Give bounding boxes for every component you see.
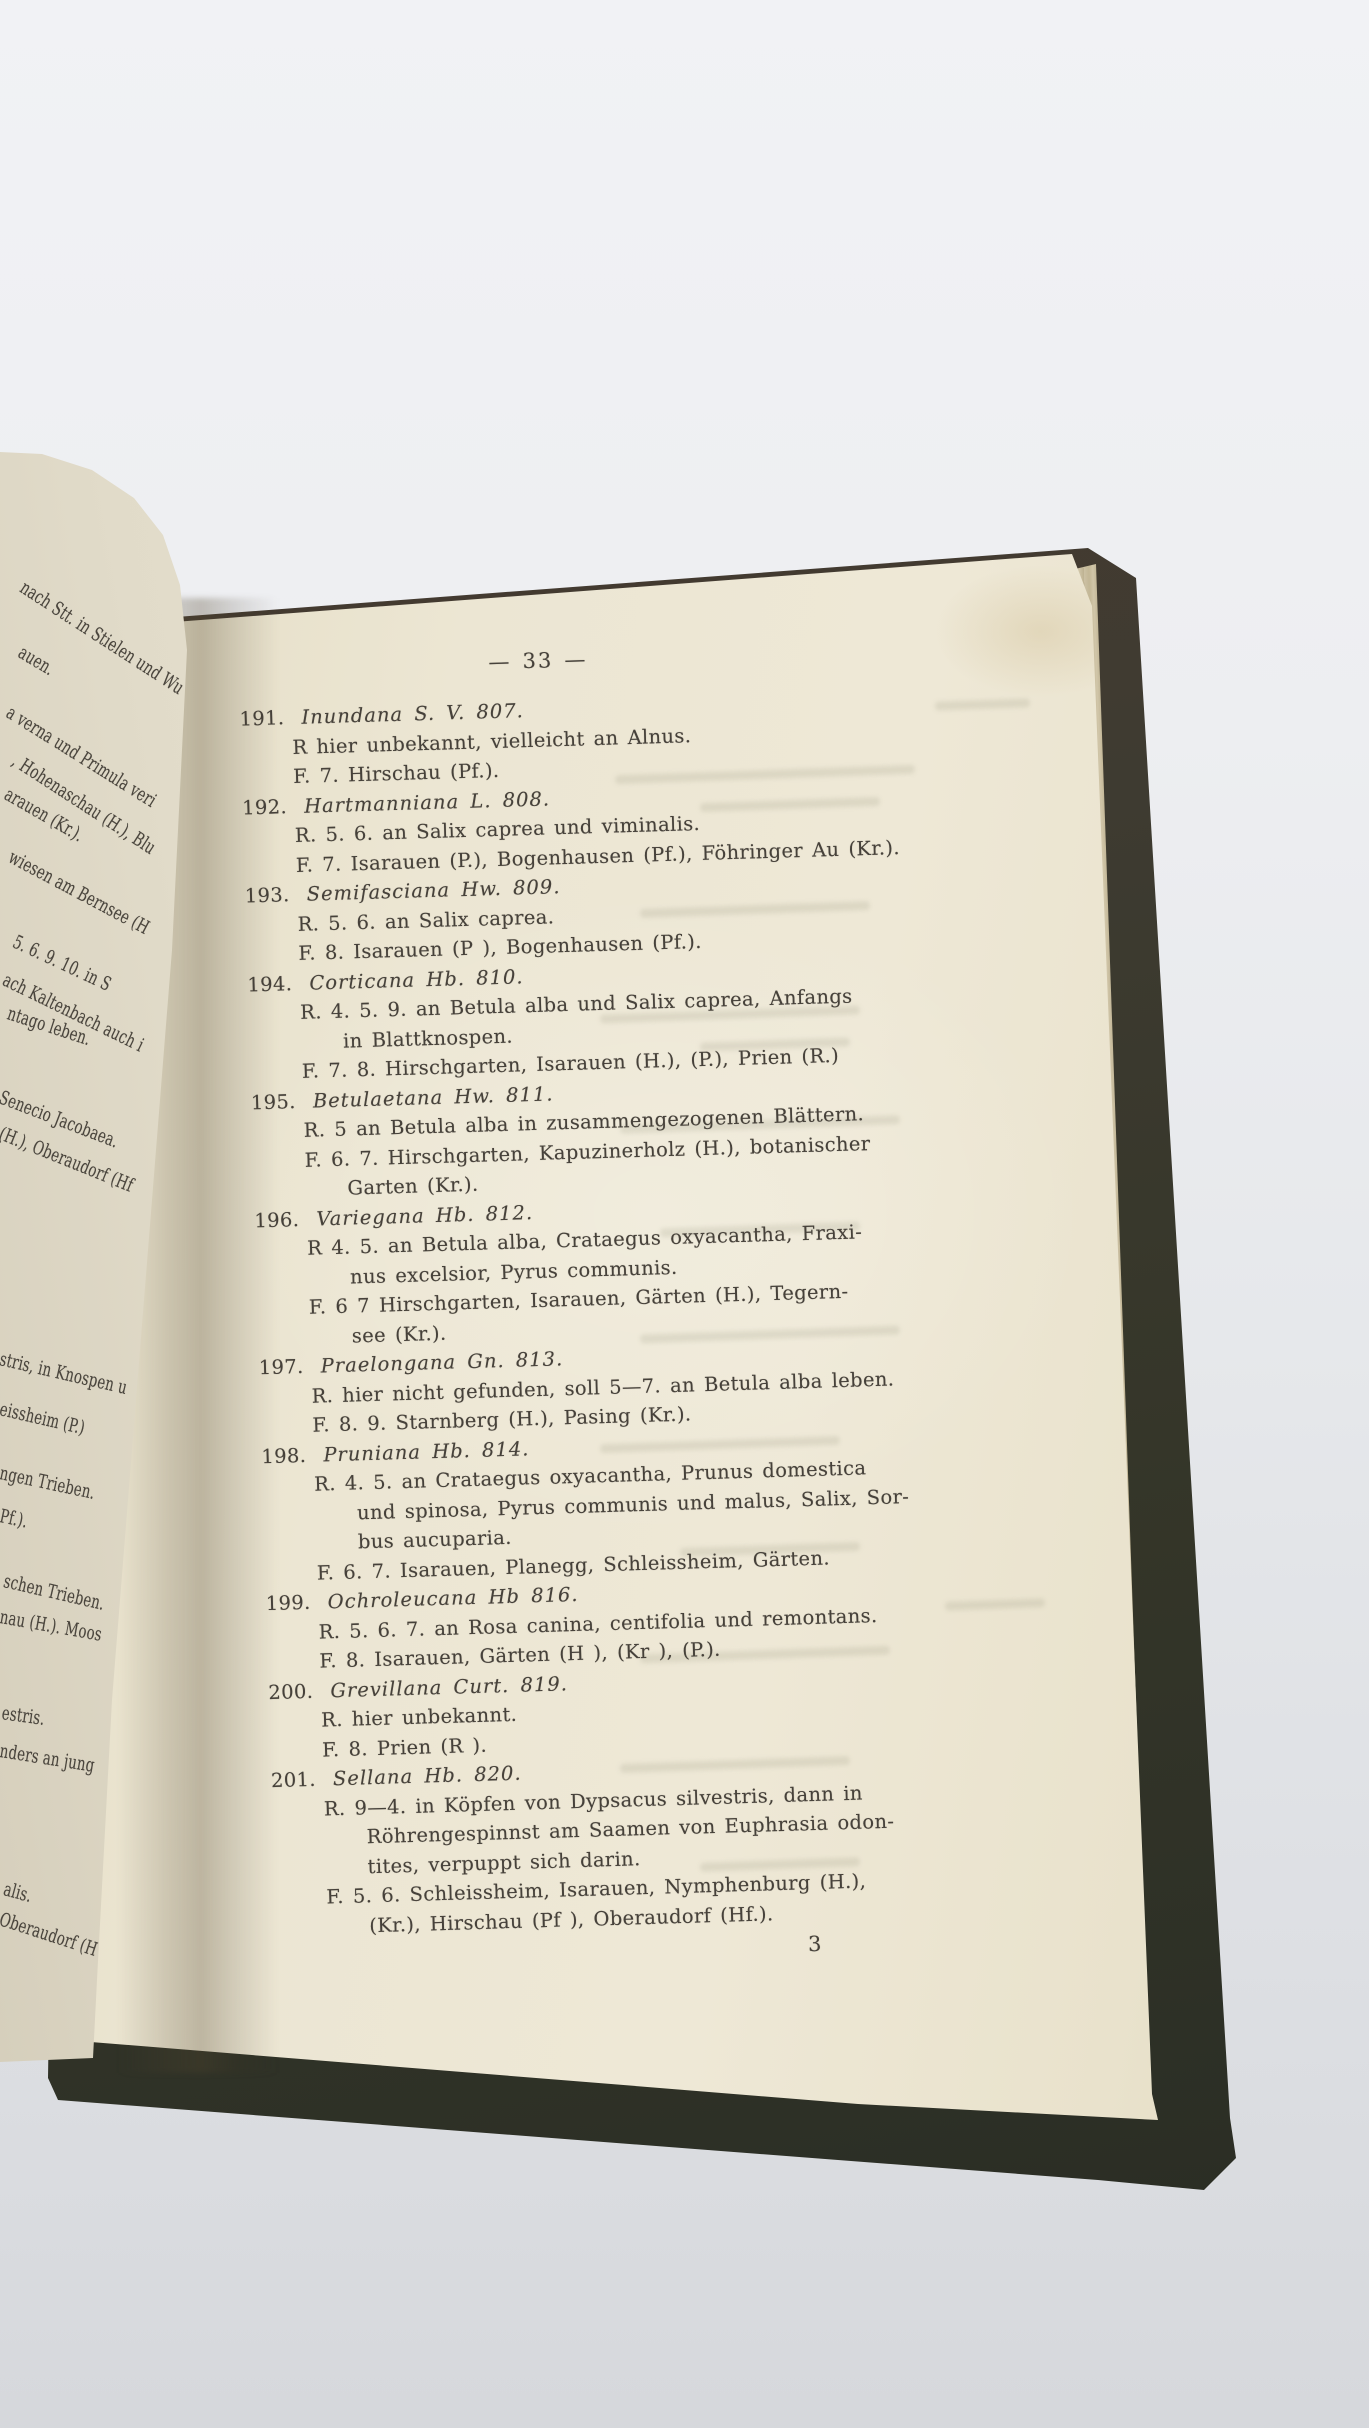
species-entry: 196.Variegana Hb. 812.R 4. 5. an Betula … (254, 1186, 918, 1353)
species-entry: 201.Sellana Hb. 820.R. 9—4. in Köpfen vo… (271, 1747, 936, 1944)
entry-number: 199. (265, 1587, 328, 1618)
left-page-text-fragment: stris, in Knospen u (0, 1348, 129, 1399)
signature-mark: 3 (808, 1932, 822, 1956)
left-page-text-fragment: Oberaudorf (H (0, 1909, 100, 1961)
entry-name: Semifasciana Hw. 809. (306, 875, 560, 906)
left-page-text-fragment: Pf.). (0, 1505, 30, 1532)
left-page-text-fragment: alis. (1, 1878, 34, 1907)
left-page-text-fragment: nach Stt. in Stielen und Wu (16, 577, 188, 699)
species-entry: 198.Pruniana Hb. 814.R. 4. 5. an Crataeg… (261, 1422, 925, 1589)
entry-number: 201. (271, 1764, 334, 1795)
right-page-text: — 33 — 191.Inundana S. V. 807.R hier unb… (238, 637, 936, 1943)
entry-number: 200. (268, 1676, 331, 1707)
entry-name: Betulaetana Hw. 811. (313, 1082, 554, 1112)
left-page-text-fragment: ngen Trieben. (0, 1462, 97, 1504)
left-page-text-fragment: auen. (14, 642, 58, 681)
left-page-text-fragment: estris. (0, 1702, 46, 1730)
book-photo: — 33 — 191.Inundana S. V. 807.R hier unb… (0, 0, 1369, 2428)
entry-name: Pruniana Hb. 814. (323, 1437, 530, 1466)
entry-name: Ochroleucana Hb 816. (327, 1583, 578, 1613)
entry-number: 198. (261, 1440, 324, 1471)
entry-name: Variegana Hb. 812. (316, 1201, 533, 1230)
species-entry: 194.Corticana Hb. 810.R. 4. 5. 9. an Bet… (247, 950, 910, 1088)
left-page-fragments: nach Stt. in Stielen und Wuauen.a verna … (0, 0, 260, 2428)
entry-name: Hartmanniana L. 808. (304, 787, 551, 817)
left-page-text-fragment: wiesen am Bernsee (H (5, 846, 153, 939)
left-page-text-fragment: eissheim (P.) (0, 1398, 87, 1439)
entry-name: Inundana S. V. 807. (301, 699, 524, 729)
entries-container: 191.Inundana S. V. 807.R hier unbekannt,… (239, 685, 935, 1943)
species-entry: 195.Betulaetana Hw. 811.R. 5 an Betula a… (250, 1068, 913, 1206)
entry-name: Corticana Hb. 810. (309, 965, 524, 994)
entry-number: 196. (254, 1204, 317, 1235)
entry-name: Grevillana Curt. 819. (330, 1672, 568, 1702)
left-page-text-fragment: nau (H.). Moos (0, 1606, 104, 1646)
entry-name: Sellana Hb. 820. (333, 1762, 522, 1791)
entry-name: Praelongana Gn. 813. (320, 1347, 563, 1377)
left-page-text-fragment: nders an jung (0, 1740, 96, 1777)
entry-number: 197. (258, 1351, 321, 1382)
